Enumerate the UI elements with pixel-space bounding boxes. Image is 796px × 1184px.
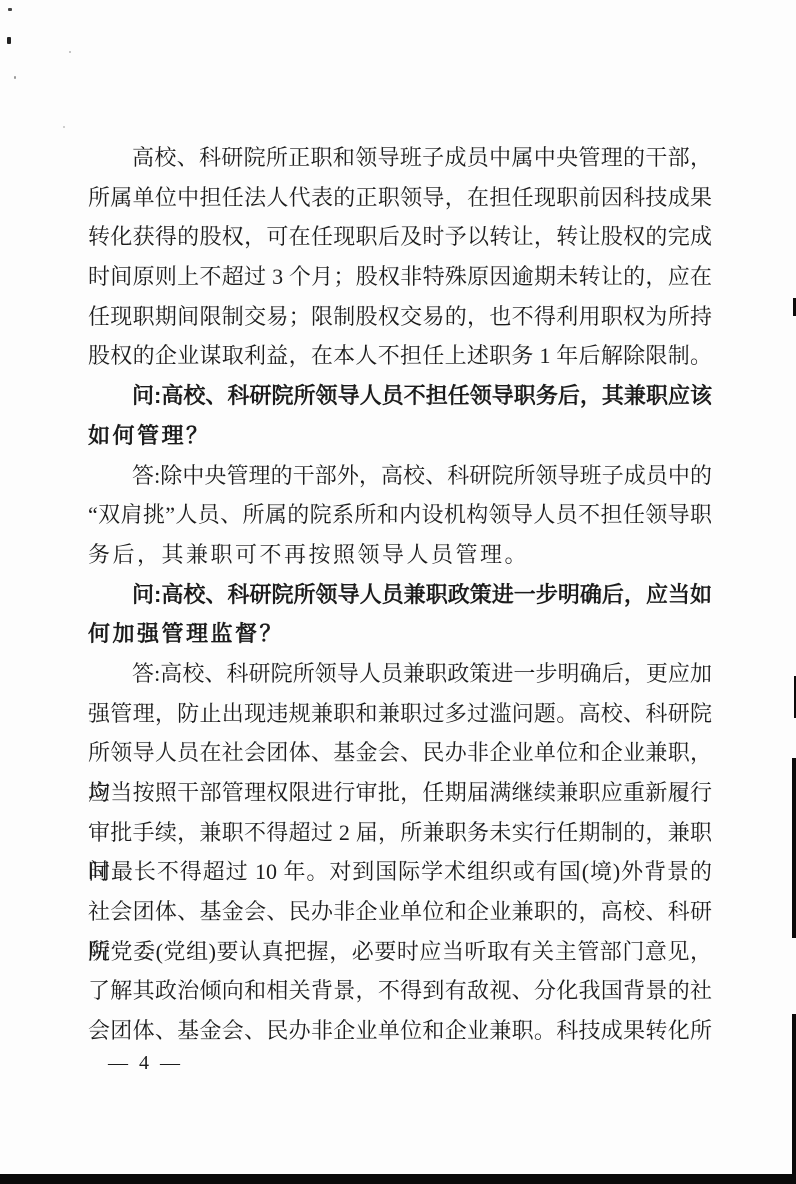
body-line: 社会团体、基金会、民办非企业单位和企业兼职的，高校、科研院	[88, 892, 712, 932]
body-line: 了解其政治倾向和相关背景，不得到有敌视、分化我国背景的社	[88, 971, 712, 1011]
body-line: 转化获得的股权，可在任现职后及时予以转让，转让股权的完成	[88, 217, 712, 257]
scan-edge-bottom-bar	[0, 1174, 796, 1184]
body-line: 时间原则上不超过 3 个月；股权非特殊原因逾期未转让的，应在	[88, 257, 712, 297]
body-line: “双肩挑”人员、所属的院系所和内设机构领导人员不担任领导职	[88, 495, 712, 535]
text-block: 高校、科研院所正职和领导班子成员中属中央管理的干部，所属单位中担任法人代表的正职…	[88, 138, 712, 1051]
scanned-document-page: 高校、科研院所正职和领导班子成员中属中央管理的干部，所属单位中担任法人代表的正职…	[0, 0, 796, 1184]
body-line: 答:高校、科研院所领导人员兼职政策进一步明确后，更应加	[88, 654, 712, 694]
ink-speck	[63, 126, 65, 128]
body-line: 答:除中央管理的干部外，高校、科研院所领导班子成员中的	[88, 456, 712, 496]
body-line: 务后，其兼职可不再按照领导人员管理。	[88, 535, 712, 575]
body-line: 高校、科研院所正职和领导班子成员中属中央管理的干部，	[88, 138, 712, 178]
scan-edge-right-line	[792, 1014, 796, 1184]
body-line: 所领导人员在社会团体、基金会、民办非企业单位和企业兼职，均	[88, 733, 712, 773]
question-line: 问:高校、科研院所领导人员兼职政策进一步明确后，应当如	[88, 575, 712, 615]
body-line: 任现职期间限制交易；限制股权交易的，也不得利用职权为所持	[88, 297, 712, 337]
question-line: 何加强管理监督？	[88, 614, 712, 654]
body-line: 强管理，防止出现违规兼职和兼职过多过滥问题。高校、科研院	[88, 694, 712, 734]
scan-edge-right-line	[792, 758, 796, 938]
body-line: 间最长不得超过 10 年。对到国际学术组织或有国(境)外背景的	[88, 852, 712, 892]
body-line: 审批手续，兼职不得超过 2 届，所兼职务未实行任期制的，兼职时	[88, 813, 712, 853]
question-line: 如何管理？	[88, 416, 712, 456]
body-line: 应当按照干部管理权限进行审批，任期届满继续兼职应重新履行	[88, 773, 712, 813]
ink-speck	[8, 8, 12, 11]
body-line: 股权的企业谋取利益，在本人不担任上述职务 1 年后解除限制。	[88, 336, 712, 376]
ink-speck	[69, 51, 71, 53]
question-line: 问:高校、科研院所领导人员不担任领导职务后，其兼职应该	[88, 376, 712, 416]
ink-speck	[7, 37, 11, 44]
body-line: 所属单位中担任法人代表的正职领导，在担任现职前因科技成果	[88, 178, 712, 218]
page-number: — 4 —	[108, 1052, 183, 1075]
body-line: 所党委(党组)要认真把握，必要时应当听取有关主管部门意见，	[88, 932, 712, 972]
body-line: 会团体、基金会、民办非企业单位和企业兼职。科技成果转化所	[88, 1011, 712, 1051]
ink-speck	[14, 76, 16, 79]
